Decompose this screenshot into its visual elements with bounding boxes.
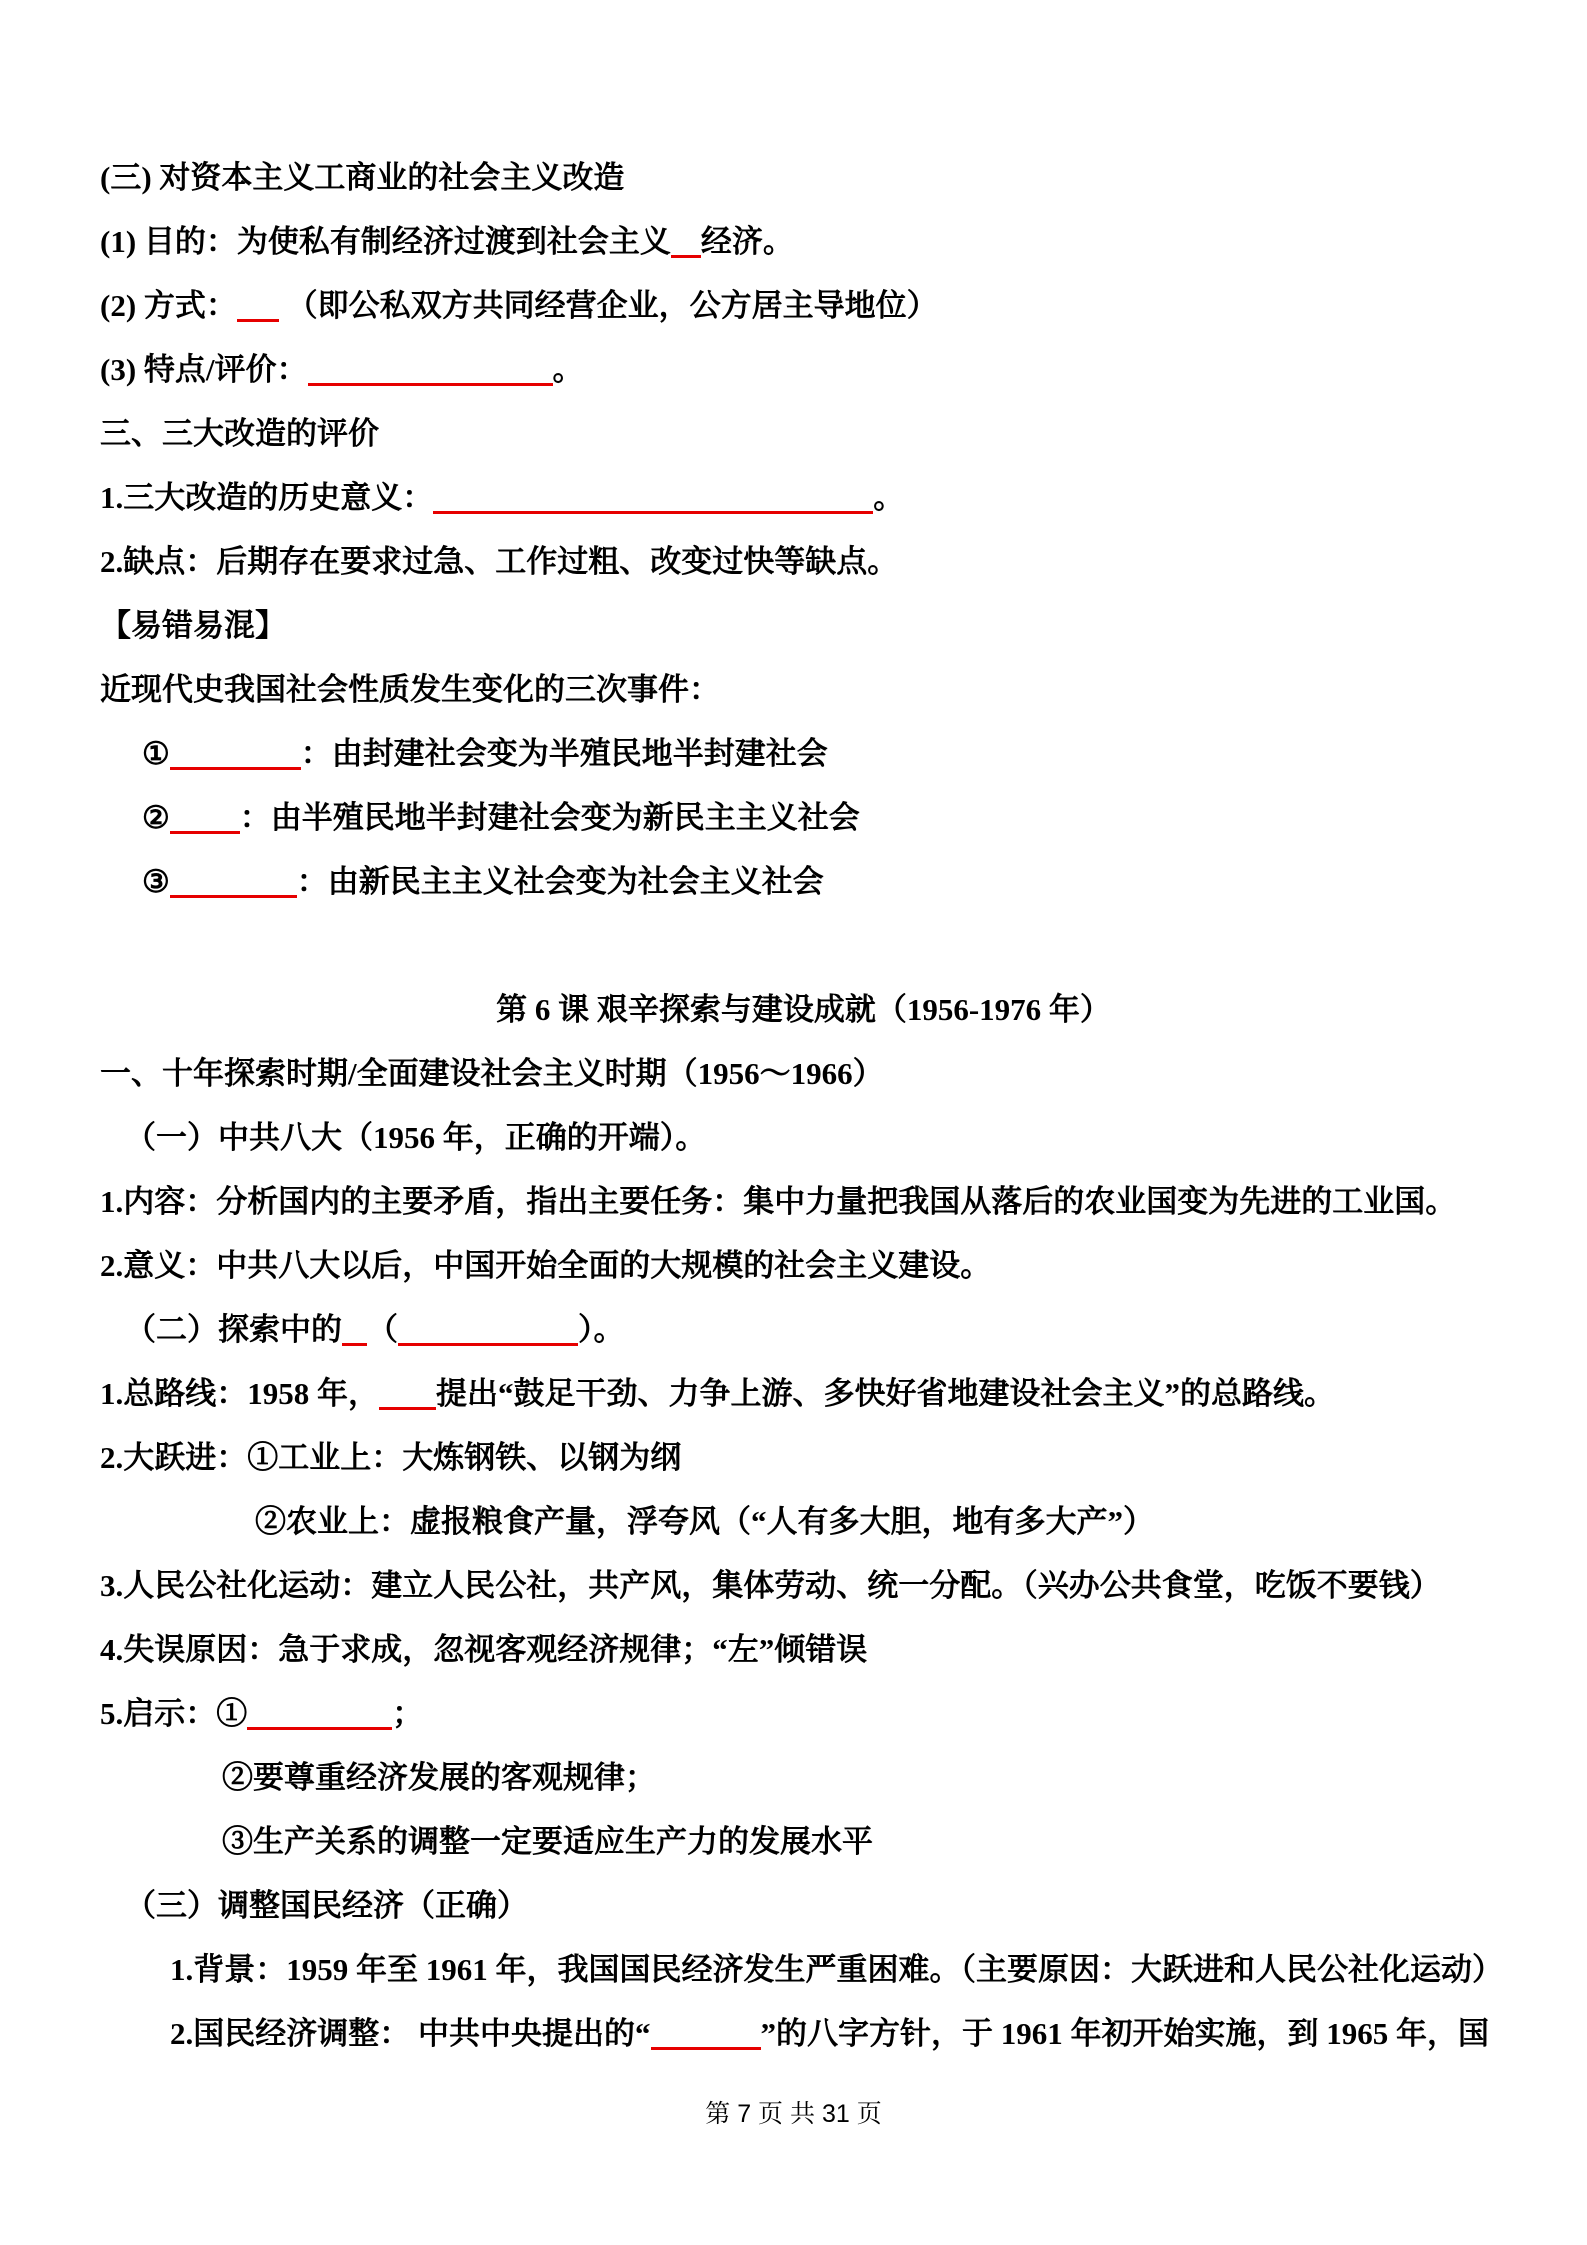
- text-run: 1.内容：分析国内的主要矛盾，指出主要任务：集中力量把我国从落后的农业国变为先进…: [100, 1184, 1456, 1219]
- text-run: 3.人民公社化运动：建立人民公社，共产风，集体劳动、统一分配。（兴办公共食堂，吃…: [100, 1568, 1441, 1603]
- text-run: 2.缺点：后期存在要求过急、工作过粗、改变过快等缺点。: [100, 544, 898, 579]
- text-run: ）。: [578, 1312, 625, 1347]
- doc-line: ③生产关系的调整一定要适应生产力的发展水平: [100, 1810, 1507, 1874]
- text-run: (1) 目的：为使私有制经济过渡到社会主义: [100, 224, 671, 259]
- text-run: ②农业上：虚报粮食产量，浮夸风（“人有多大胆，地有多大产”）: [255, 1504, 1154, 1539]
- fill-in-blank-underline: [170, 821, 240, 834]
- text-run: 1.三大改造的历史意义：: [100, 480, 433, 515]
- doc-line: (2) 方式： （即公私双方共同经营企业，公方居主导地位）: [100, 274, 1507, 338]
- doc-line: （三）调整国民经济（正确）: [100, 1874, 1507, 1938]
- doc-line: 3.人民公社化运动：建立人民公社，共产风，集体劳动、统一分配。（兴办公共食堂，吃…: [100, 1554, 1507, 1618]
- doc-line: 近现代史我国社会性质发生变化的三次事件：: [100, 658, 1507, 722]
- fill-in-blank-underline: [170, 757, 301, 770]
- lesson-title: 第 6 课 艰辛探索与建设成就（1956-1976 年）: [100, 978, 1507, 1042]
- doc-line: 一、十年探索时期/全面建设社会主义时期（1956～1966）: [100, 1042, 1507, 1106]
- doc-line: (三) 对资本主义工商业的社会主义改造: [100, 146, 1507, 210]
- text-run: ：由新民主主义社会变为社会主义社会: [297, 864, 824, 899]
- fill-in-blank-underline: [433, 501, 873, 514]
- doc-line: 2.大跃进：①工业上：大炼钢铁、以钢为纲: [100, 1426, 1507, 1490]
- text-run: 提出“鼓足干劲、力争上游、多快好省地建设社会主义”的总路线。: [436, 1376, 1335, 1411]
- text-run: （二）探索中的: [125, 1312, 342, 1347]
- document-page: (三) 对资本主义工商业的社会主义改造(1) 目的：为使私有制经济过渡到社会主义…: [0, 0, 1587, 2245]
- doc-line: 2.缺点：后期存在要求过急、工作过粗、改变过快等缺点。: [100, 530, 1507, 594]
- text-run: ③生产关系的调整一定要适应生产力的发展水平: [222, 1824, 873, 1859]
- doc-line: 1.三大改造的历史意义：。: [100, 466, 1507, 530]
- fill-in-blank-underline: [379, 1397, 436, 1410]
- text-run: 近现代史我国社会性质发生变化的三次事件：: [100, 672, 720, 707]
- doc-line: （二）探索中的（）。: [100, 1298, 1507, 1362]
- fill-in-blank-underline: [342, 1333, 367, 1346]
- doc-line: 2.国民经济调整： 中共中央提出的“”的八字方针，于 1961 年初开始实施，到…: [100, 2002, 1507, 2066]
- text-run: 。: [873, 480, 904, 515]
- text-run: 三、三大改造的评价: [100, 416, 379, 451]
- doc-line: (1) 目的：为使私有制经济过渡到社会主义经济。: [100, 210, 1507, 274]
- fill-in-blank-underline: [247, 1717, 392, 1730]
- text-run: ①: [142, 736, 170, 771]
- text-run: ②: [142, 800, 170, 835]
- text-run: 5.启示：①: [100, 1696, 247, 1731]
- text-run: (三) 对资本主义工商业的社会主义改造: [100, 160, 624, 195]
- doc-line: 1.内容：分析国内的主要矛盾，指出主要任务：集中力量把我国从落后的农业国变为先进…: [100, 1170, 1507, 1234]
- doc-line: ②农业上：虚报粮食产量，浮夸风（“人有多大胆，地有多大产”）: [100, 1490, 1507, 1554]
- text-run: 【易错易混】: [100, 608, 286, 643]
- text-run: （一）中共八大（1956 年，正确的开端）。: [125, 1120, 706, 1155]
- text-run: （即公私双方共同经营企业，公方居主导地位）: [279, 288, 938, 323]
- text-run: 一、十年探索时期/全面建设社会主义时期（1956～1966）: [100, 1056, 884, 1091]
- doc-line: 【易错易混】: [100, 594, 1507, 658]
- document-body: (三) 对资本主义工商业的社会主义改造(1) 目的：为使私有制经济过渡到社会主义…: [0, 0, 1587, 2066]
- text-run: (3) 特点/评价：: [100, 352, 308, 387]
- doc-line: ②：由半殖民地半封建社会变为新民主主义社会: [100, 786, 1507, 850]
- fill-in-blank-underline: [651, 2037, 761, 2050]
- doc-line: ②要尊重经济发展的客观规律；: [100, 1746, 1507, 1810]
- doc-line: 1.总路线：1958 年，提出“鼓足干劲、力争上游、多快好省地建设社会主义”的总…: [100, 1362, 1507, 1426]
- doc-line: (3) 特点/评价：。: [100, 338, 1507, 402]
- spacer-line: [100, 914, 1507, 978]
- fill-in-blank-underline: [170, 885, 297, 898]
- text-run: 2.大跃进：①工业上：大炼钢铁、以钢为纲: [100, 1440, 681, 1475]
- doc-line: （一）中共八大（1956 年，正确的开端）。: [100, 1106, 1507, 1170]
- fill-in-blank-underline: [237, 309, 279, 322]
- doc-line: ①：由封建社会变为半殖民地半封建社会: [100, 722, 1507, 786]
- doc-line: ③：由新民主主义社会变为社会主义社会: [100, 850, 1507, 914]
- text-run: 2.国民经济调整： 中共中央提出的“: [170, 2016, 651, 2051]
- fill-in-blank-underline: [308, 373, 553, 386]
- text-run: ③: [142, 864, 170, 899]
- text-run: （三）调整国民经济（正确）: [125, 1888, 528, 1923]
- page-footer: 第 7 页 共 31 页: [0, 2098, 1587, 2130]
- fill-in-blank-underline: [398, 1333, 578, 1346]
- text-run: 4.失误原因：急于求成，忽视客观经济规律；“左”倾错误: [100, 1632, 867, 1667]
- text-run: 1.背景：1959 年至 1961 年，我国国民经济发生严重困难。（主要原因：大…: [170, 1952, 1503, 1987]
- doc-line: 1.背景：1959 年至 1961 年，我国国民经济发生严重困难。（主要原因：大…: [100, 1938, 1507, 2002]
- text-run: ：由半殖民地半封建社会变为新民主主义社会: [240, 800, 860, 835]
- text-run: 。: [553, 352, 584, 387]
- doc-line: 5.启示：①；: [100, 1682, 1507, 1746]
- text-run: （: [367, 1312, 398, 1347]
- text-run: ②要尊重经济发展的客观规律；: [222, 1760, 656, 1795]
- text-run: 2.意义：中共八大以后，中国开始全面的大规模的社会主义建设。: [100, 1248, 991, 1283]
- doc-line: 三、三大改造的评价: [100, 402, 1507, 466]
- fill-in-blank-underline: [671, 245, 701, 258]
- text-run: 1.总路线：1958 年，: [100, 1376, 379, 1411]
- text-run: ”的八字方针，于 1961 年初开始实施，到 1965 年，国: [761, 2016, 1490, 2051]
- text-run: 经济。: [701, 224, 794, 259]
- text-run: 第 6 课 艰辛探索与建设成就（1956-1976 年）: [496, 992, 1111, 1027]
- text-run: (2) 方式：: [100, 288, 237, 323]
- text-run: ：由封建社会变为半殖民地半封建社会: [301, 736, 828, 771]
- text-run: ；: [392, 1696, 423, 1731]
- doc-line: 4.失误原因：急于求成，忽视客观经济规律；“左”倾错误: [100, 1618, 1507, 1682]
- doc-line: 2.意义：中共八大以后，中国开始全面的大规模的社会主义建设。: [100, 1234, 1507, 1298]
